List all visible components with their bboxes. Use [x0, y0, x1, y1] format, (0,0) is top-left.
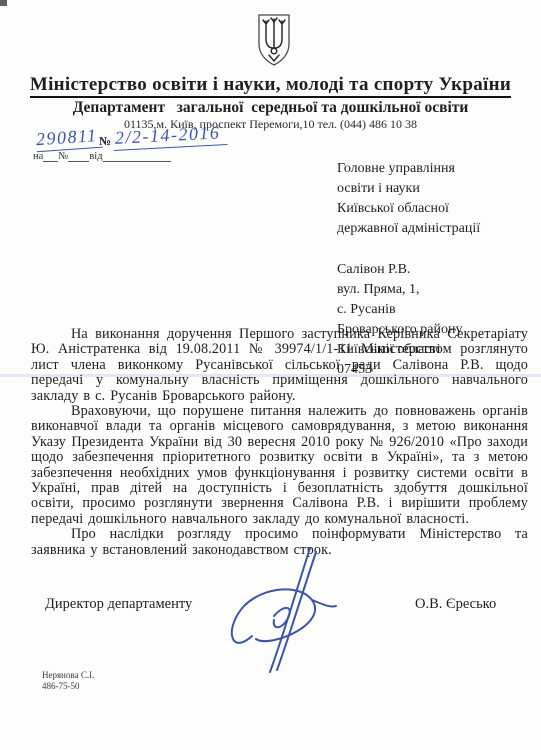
- recipient-gap: [337, 239, 480, 260]
- body-paragraph-1: На виконання доручення Першого заступник…: [31, 327, 528, 404]
- ukraine-trident-emblem: [252, 13, 296, 69]
- scan-corner-artifact: [0, 0, 7, 6]
- signer-name: О.В. Єресько: [415, 596, 496, 613]
- blank-line: [103, 151, 171, 162]
- reply-reference-line: на№від: [33, 151, 171, 162]
- recipient-addr-line: с. Русанів: [337, 300, 480, 320]
- reply-label-vid: від: [89, 151, 102, 162]
- recipient-org-line: Київської обласної: [337, 199, 480, 219]
- reply-label-no: №: [58, 151, 68, 162]
- body-paragraph-2: Враховуючи, що порушене питання належить…: [31, 404, 528, 527]
- letter-page: Міністерство освіти і науки, молоді та с…: [0, 0, 541, 750]
- recipient-org-line: Головне управління: [337, 159, 480, 179]
- handwritten-ref-number: 2/2-14-2016: [112, 122, 227, 151]
- ministry-title-text: Міністерство освіти і науки, молоді та с…: [30, 74, 511, 98]
- blank-line: [68, 151, 89, 162]
- handwritten-date: 290811: [35, 125, 102, 153]
- executor-footer: Нерянова С.І. 486-75-50: [42, 670, 94, 691]
- department-subtitle: Департамент загальної середньої та дошкі…: [0, 99, 541, 117]
- handwritten-signature: [222, 544, 342, 674]
- recipient-org-line: освіти і науки: [337, 179, 480, 199]
- signer-position-title: Директор департаменту: [45, 596, 192, 613]
- number-sign: №: [99, 134, 111, 149]
- recipient-addr-line: вул. Пряма, 1,: [337, 280, 480, 300]
- recipient-org-line: державної адміністрації: [337, 219, 480, 239]
- executor-phone: 486-75-50: [42, 681, 94, 692]
- recipient-addr-line: Салівон Р.В.: [337, 260, 480, 280]
- letter-body: На виконання доручення Першого заступник…: [31, 327, 528, 558]
- ministry-title: Міністерство освіти і науки, молоді та с…: [0, 74, 541, 96]
- reply-label-na: на: [33, 151, 43, 162]
- blank-line: [43, 151, 58, 162]
- executor-name: Нерянова С.І.: [42, 670, 94, 681]
